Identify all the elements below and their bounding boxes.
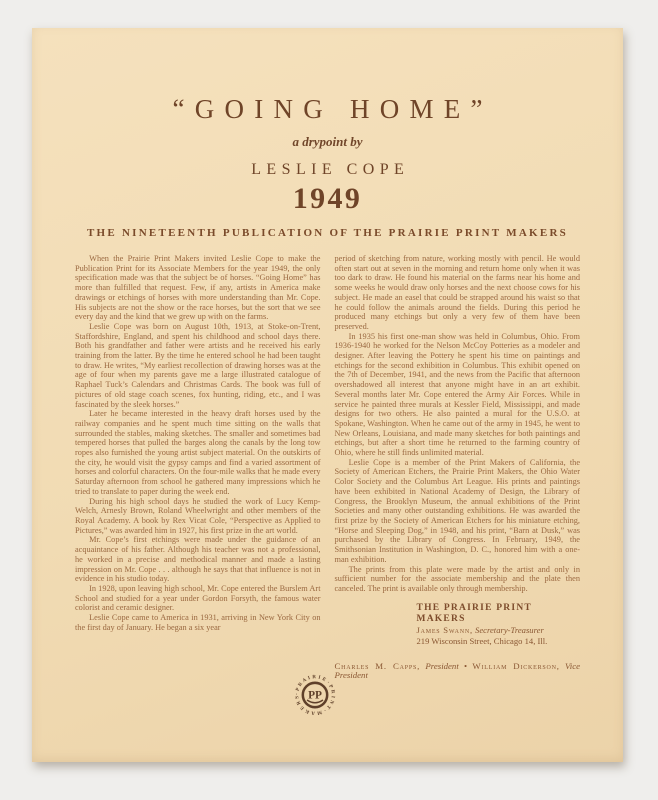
- body-text: When the Prairie Print Makers invited Le…: [75, 254, 580, 681]
- publisher-block: THE PRAIRIE PRINT MAKERS James Swann, Se…: [417, 603, 581, 647]
- paragraph: In 1935 his first one-man show was held …: [335, 332, 581, 458]
- paragraph: Leslie Cope was born on August 10th, 191…: [75, 322, 321, 409]
- secretary-name: James Swann,: [417, 625, 473, 635]
- publication-line: THE NINETEENTH PUBLICATION OF THE PRAIRI…: [32, 227, 623, 239]
- publisher-name: THE PRAIRIE PRINT MAKERS: [417, 603, 581, 625]
- paragraph: Leslie Cope is a member of the Print Mak…: [335, 458, 581, 565]
- document-header: “GOING HOME” a drypoint by LESLIE COPE 1…: [32, 28, 623, 239]
- secretary-title: Secretary-Treasurer: [475, 625, 544, 635]
- secretary-line: James Swann, Secretary-Treasurer: [417, 625, 581, 636]
- paragraph: When the Prairie Print Makers invited Le…: [75, 254, 321, 322]
- vice-president-name: William Dickerson,: [472, 661, 559, 671]
- left-column: When the Prairie Print Makers invited Le…: [75, 254, 321, 681]
- publication-year: 1949: [32, 182, 623, 216]
- subtitle: a drypoint by: [32, 134, 623, 150]
- prairie-print-makers-seal-icon: · P R A I R I E · P R I N T · M A K E R …: [294, 674, 336, 716]
- right-column: period of sketching from nature, working…: [335, 254, 581, 681]
- president-name: Charles M. Capps,: [335, 661, 421, 671]
- separator-dot: •: [464, 661, 467, 671]
- paragraph: During his high school days he studied t…: [75, 497, 321, 536]
- page-title: “GOING HOME”: [32, 28, 623, 125]
- document-page: “GOING HOME” a drypoint by LESLIE COPE 1…: [32, 28, 623, 762]
- paragraph: Leslie Cope came to America in 1931, arr…: [75, 613, 321, 632]
- artist-name: LESLIE COPE: [32, 161, 623, 179]
- officers-line: Charles M. Capps, President • William Di…: [335, 662, 581, 681]
- seal-monogram: PP: [308, 689, 322, 701]
- paragraph: period of sketching from nature, working…: [335, 254, 581, 332]
- paragraph: The prints from this plate were made by …: [335, 565, 581, 594]
- paragraph: Mr. Cope’s first etchings were made unde…: [75, 535, 321, 584]
- paragraph: Later he became interested in the heavy …: [75, 409, 321, 496]
- paragraph: In 1928, upon leaving high school, Mr. C…: [75, 584, 321, 613]
- publisher-address: 219 Wisconsin Street, Chicago 14, Ill.: [417, 636, 581, 647]
- president-title: President: [425, 661, 458, 671]
